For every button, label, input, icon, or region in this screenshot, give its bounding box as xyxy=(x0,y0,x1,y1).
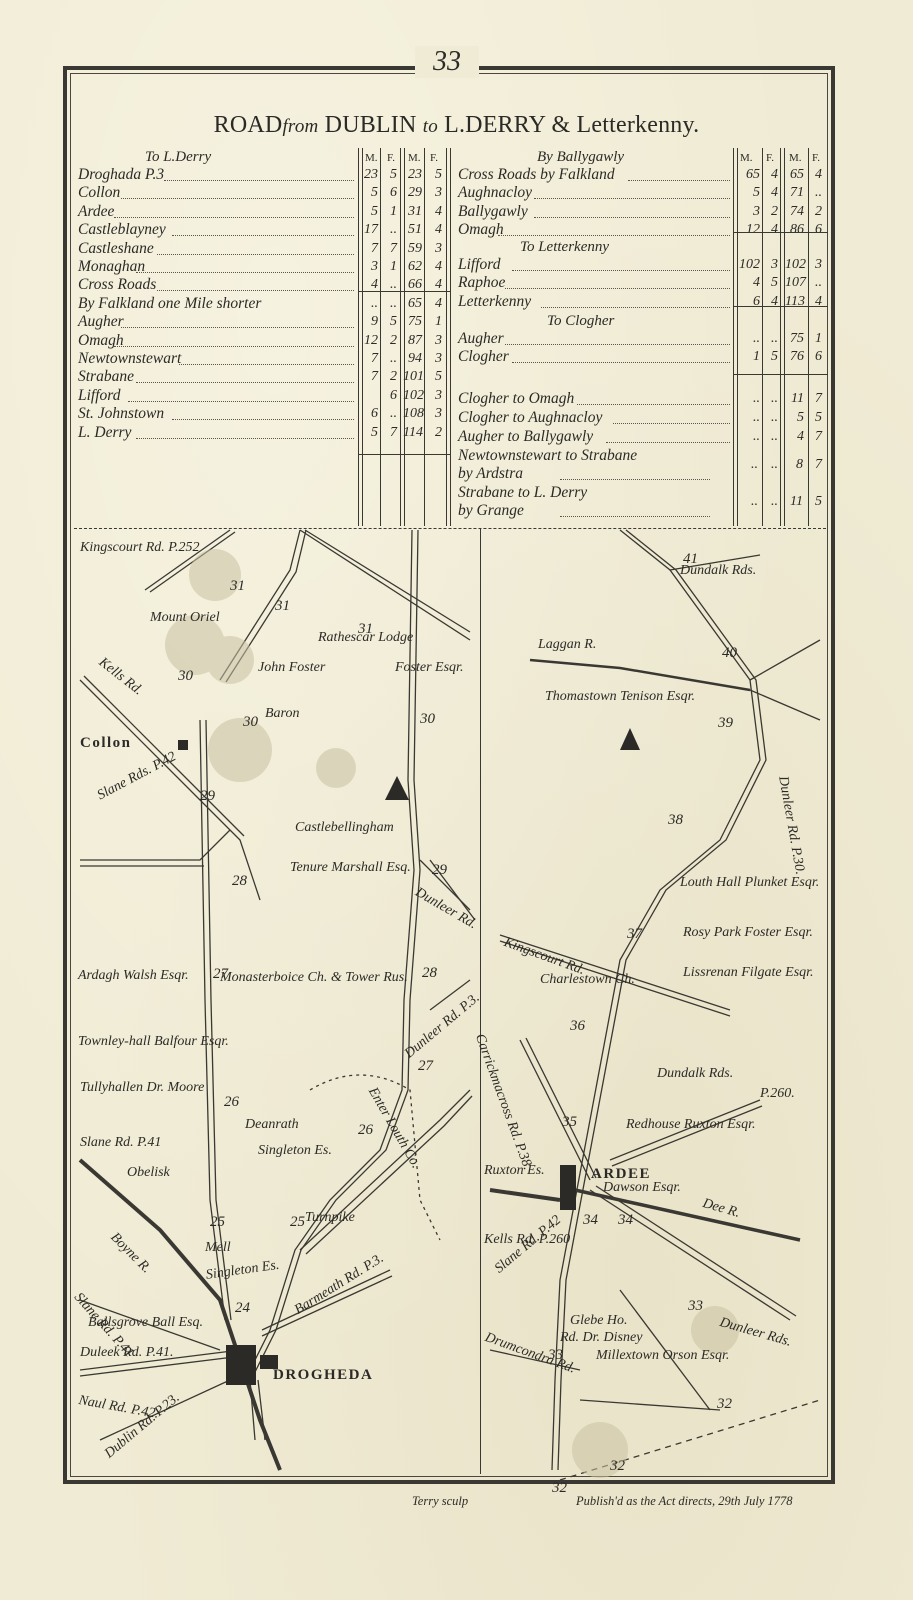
map-label: John Foster xyxy=(258,660,325,675)
milestone: 25 xyxy=(210,1214,225,1231)
milestone: 32 xyxy=(552,1480,567,1497)
road-map-strips xyxy=(0,0,913,1600)
map-label: Tullyhallen Dr. Moore xyxy=(80,1080,204,1095)
milestone: 31 xyxy=(358,621,373,638)
map-label: Deanrath xyxy=(245,1117,299,1132)
milestone: 33 xyxy=(688,1298,703,1315)
town-drogheda: DROGHEDA xyxy=(273,1367,373,1384)
map-label: Rosy Park Foster Esqr. xyxy=(683,925,813,940)
milestone: 39 xyxy=(718,715,733,732)
map-label: Singleton Es. xyxy=(258,1143,332,1158)
map-label: Kingscourt Rd. P.252 xyxy=(80,540,200,555)
milestone: 30 xyxy=(178,668,193,685)
map-label: Castlebellingham xyxy=(295,820,394,835)
map-label: Mount Oriel xyxy=(150,610,220,625)
milestone: 30 xyxy=(420,711,435,728)
milestone: 27 xyxy=(418,1058,433,1075)
map-label: Townley-hall Balfour Esqr. xyxy=(78,1034,229,1049)
milestone: 31 xyxy=(230,578,245,595)
milestone: 30 xyxy=(243,714,258,731)
milestone: 26 xyxy=(358,1122,373,1139)
map-label: Ruxton Es. xyxy=(484,1163,545,1178)
map-label: Tenure Marshall Esq. xyxy=(290,860,411,875)
milestone: 29 xyxy=(200,788,215,805)
map-label: Turnpike xyxy=(305,1210,355,1225)
map-label: Obelisk xyxy=(127,1165,170,1180)
milestone: 35 xyxy=(562,1114,577,1131)
milestone: 40 xyxy=(722,645,737,662)
map-label: Laggan R. xyxy=(538,637,596,652)
milestone: 36 xyxy=(570,1018,585,1035)
map-label: Baron xyxy=(265,706,299,721)
milestone: 32 xyxy=(610,1458,625,1475)
map-label: Glebe Ho. xyxy=(570,1313,628,1328)
milestone: 31 xyxy=(275,598,290,615)
map-label: Duleek Rd. P.41. xyxy=(80,1345,173,1360)
engraver-credit: Terry sculp xyxy=(412,1494,468,1509)
publication-note: Publish'd as the Act directs, 29th July … xyxy=(576,1494,793,1509)
map-label: Lissrenan Filgate Esqr. xyxy=(683,965,814,980)
map-label: Ardagh Walsh Esqr. xyxy=(78,968,189,983)
map-label: Mell xyxy=(205,1240,231,1255)
map-label: P.260. xyxy=(760,1086,795,1101)
town-ardee: ARDEE xyxy=(591,1166,651,1183)
town-collon: Collon xyxy=(80,735,132,752)
map-label: Dundalk Rds. xyxy=(657,1066,733,1081)
milestone: 27 xyxy=(213,966,228,983)
map-label: Louth Hall Plunket Esqr. xyxy=(680,875,819,890)
map-label: Ballsgrove Ball Esq. xyxy=(88,1315,203,1330)
milestone: 29 xyxy=(432,862,447,879)
milestone: 37 xyxy=(627,926,642,943)
milestone: 25 xyxy=(290,1214,305,1231)
milestone: 28 xyxy=(232,873,247,890)
milestone: 26 xyxy=(224,1094,239,1111)
milestone: 41 xyxy=(683,551,698,568)
map-label: Charlestown Ch. xyxy=(540,972,635,987)
map-label: Monasterboice Ch. & Tower Rus. xyxy=(220,970,408,985)
map-label: Thomastown Tenison Esqr. xyxy=(545,689,695,704)
milestone: 33 xyxy=(548,1347,563,1364)
map-label: Rd. Dr. Disney xyxy=(560,1330,642,1345)
map-label: Foster Esqr. xyxy=(395,660,463,675)
map-label: Redhouse Ruxton Esqr. xyxy=(626,1117,755,1132)
milestone: 28 xyxy=(422,965,437,982)
map-label: Millextown Orson Esqr. xyxy=(596,1348,729,1363)
milestone: 34 xyxy=(583,1212,598,1229)
milestone: 34 xyxy=(618,1212,633,1229)
map-label: Slane Rd. P.41 xyxy=(80,1135,161,1150)
milestone: 32 xyxy=(717,1396,732,1413)
milestone: 24 xyxy=(235,1300,250,1317)
milestone: 38 xyxy=(668,812,683,829)
